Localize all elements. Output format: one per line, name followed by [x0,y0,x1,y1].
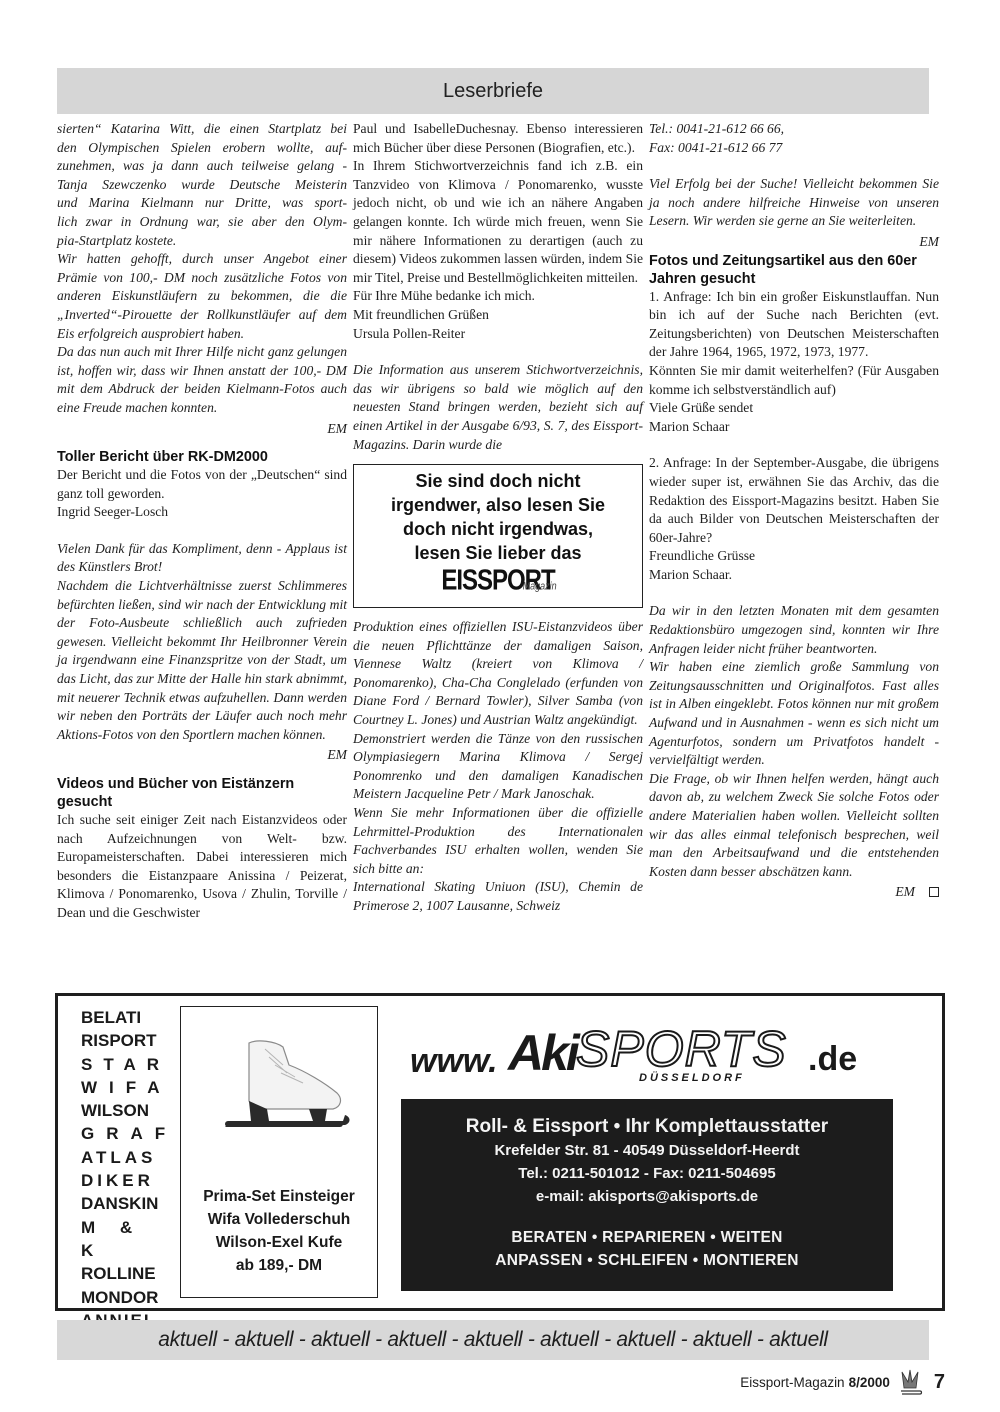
letter-body: In Ihrem Stichwortverzeichnis fand ich z… [353,157,643,287]
letter-body: Der Bericht und die Fotos von der „Deuts… [57,466,347,503]
section-title: Leserbriefe [443,80,543,103]
store-address: Krefelder Str. 81 - 40549 Düsseldorf-Hee… [401,1139,893,1162]
brand-item: WILSON [81,1099,161,1122]
letter-heading: Fotos und Zeitungsartikel aus den 60er J… [649,252,939,288]
letter-body: Könnten Sie mir damit weiterhelfen? (Für… [649,362,939,399]
eissport-logo: EISSPORTMagazin [441,567,554,596]
eissport-promo-box: Sie sind doch nicht irgendwer, also lese… [353,464,643,608]
text-line: lich zwar in Ordnung war, sie aber den O… [57,213,347,232]
ice-skate-icon [205,1035,355,1145]
letter-body: Ich suche seit einiger Zeit nach Eistanz… [57,811,347,923]
letter-heading: Toller Bericht über RK-DM2000 [57,448,347,466]
promo-line: irgendwer, also lesen Sie [354,493,642,517]
logo-sports: SPORTS [576,1020,787,1078]
offer-line: Prima-Set Einsteiger [181,1185,377,1208]
brand-item: BELATI [81,1006,161,1029]
text-line: und Marina Kielmann nur Dritte, was spor… [57,194,347,213]
page-number: 7 [934,1371,945,1394]
brand-item: WIFA [81,1076,161,1099]
letter-body: Paul und IsabelleDuchesnay. Ebenso inter… [353,120,643,157]
letter-author: Marion Schaar [649,418,939,437]
editor-reply-paragraph: Produktion eines offiziellen ISU-Eistanz… [353,618,643,730]
editor-reply-paragraph: Wir hatten gehofft, durch unser Angebot … [57,250,347,343]
logo-aki: Aki [508,1024,577,1082]
letter-body: 2. Anfrage: In der September-Ausgabe, di… [649,454,939,547]
column-1: sierten“ Katarina Witt, die einen Startp… [57,120,347,923]
editor-reply-paragraph: Vielen Dank für das Kompliment, denn - A… [57,540,347,577]
letter-closing: Mit freundlichen Grüßen [353,306,643,325]
promo-line: Sie sind doch nicht [354,469,642,493]
brand-item: GRAF [81,1122,161,1145]
skate-offer-text: Prima-Set Einsteiger Wifa Vollederschuh … [181,1185,377,1277]
editor-signature: EM [57,746,347,765]
editor-reply-paragraph: Demonstriert werden die Tänze von den ru… [353,730,643,804]
store-email[interactable]: e-mail: akisports@akisports.de [401,1185,893,1208]
aktuell-banner-text: aktuell - aktuell - aktuell - aktuell - … [158,1328,828,1352]
editor-reply-paragraph: Wenn Sie mehr Informationen über die off… [353,804,643,878]
letter-closing: Freundliche Grüsse [649,547,939,566]
promo-line: doch nicht irgendwas, [354,517,642,541]
isu-fax: Fax: 0041-21-612 66 77 [649,139,939,158]
text-line: zunehmen, was ja dann auch teilweise gel… [57,157,347,176]
letter-closing: Viele Grüße sendet [649,399,939,418]
end-of-article-box-icon [929,887,939,897]
text-line: den Olympischen Spielen erobern wollte, … [57,139,347,158]
editor-signature: EM [895,884,915,899]
editor-signature: EM [57,420,347,439]
akisports-logo[interactable]: www. Aki SPORTS DÜSSELDORF .de [396,1012,896,1088]
letter-body: 1. Anfrage: Ich bin ein großer Eiskunstl… [649,288,939,362]
offer-price: ab 189,- DM [181,1254,377,1277]
skate-offer-box: Prima-Set Einsteiger Wifa Vollederschuh … [180,1006,378,1298]
text-line: sierten“ Katarina Witt, die einen Startp… [57,120,347,139]
store-tagline: Roll- & Eissport • Ihr Komplettausstatte… [401,1115,893,1139]
store-services: BERATEN • REPARIEREN • WEITEN [401,1226,893,1249]
aktuell-banner: aktuell - aktuell - aktuell - aktuell - … [57,1320,929,1360]
letter-author: Ingrid Seeger-Losch [57,503,347,522]
editor-reply-paragraph: Viel Erfolg bei der Suche! Vielleicht be… [649,175,939,231]
brand-item: MONDOR [81,1286,161,1309]
letter-author: Marion Schaar. [649,566,939,585]
store-services: ANPASSEN • SCHLEIFEN • MONTIEREN [401,1249,893,1272]
promo-line: lesen Sie lieber das [354,541,642,565]
column-2: Paul und IsabelleDuchesnay. Ebenso inter… [353,120,643,916]
brand-item: ROLLINE [81,1262,161,1285]
letter-author: Ursula Pollen-Reiter [353,325,643,344]
store-phone: Tel.: 0211-501012 - Fax: 0211-504695 [401,1162,893,1185]
editor-signature: EM [649,233,939,252]
editor-reply-paragraph: Da wir in den letzten Monaten mit dem ge… [649,602,939,658]
issue-number: 8/2000 [849,1375,890,1390]
skating-bird-logo-icon [898,1368,924,1396]
offer-line: Wilson-Exel Kufe [181,1231,377,1254]
intro-paragraph: sierten“ Katarina Witt, die einen Startp… [57,120,347,250]
column-3: Tel.: 0041-21-612 66 66, Fax: 0041-21-61… [649,120,939,902]
isu-address: International Skating Uniuon (ISU), Chem… [353,878,643,915]
editor-reply-paragraph: Nachdem die Lichtverhältnisse zuerst Sch… [57,577,347,744]
logo-city: DÜSSELDORF [639,1072,745,1084]
isu-phone: Tel.: 0041-21-612 66 66, [649,120,939,139]
brand-item: M & K [81,1216,161,1263]
logo-www: www. [410,1042,498,1081]
editor-reply-paragraph: Die Information aus unserem Stichwortver… [353,361,643,454]
editor-reply-paragraph: Da das nun auch mit Ihrer Hilfe nicht ga… [57,343,347,417]
brand-item: RISPORT [81,1029,161,1052]
brand-item: DIKER [81,1169,161,1192]
brand-item: DANSKIN [81,1192,161,1215]
editor-reply-paragraph: Die Frage, ob wir Ihnen helfen werden, h… [649,770,939,882]
brand-item: STAR [81,1053,161,1076]
section-header-bar: Leserbriefe [57,68,929,114]
brand-item: ATLAS [81,1146,161,1169]
offer-line: Wifa Vollederschuh [181,1208,377,1231]
text-line: Tanja Szewczenko wurde Deutsche Meisteri… [57,176,347,195]
page-footer: Eissport-Magazin 8/2000 7 [740,1368,945,1396]
magazine-name: Eissport-Magazin [740,1375,844,1390]
letter-thanks: Für Ihre Mühe bedanke ich mich. [353,287,643,306]
letter-heading: Videos und Bücher von Eistänzern gesucht [57,775,347,811]
eissport-logo-sub: Magazin [523,571,557,600]
editor-reply-paragraph: Wir haben eine ziemlich große Sammlung v… [649,658,939,770]
logo-tld: .de [808,1040,857,1079]
brand-list: BELATI RISPORT STAR WIFA WILSON GRAF ATL… [81,1006,161,1332]
akisports-advertisement: BELATI RISPORT STAR WIFA WILSON GRAF ATL… [55,993,945,1311]
store-info-box: Roll- & Eissport • Ihr Komplettausstatte… [401,1099,893,1291]
editor-signature-end: EM [649,883,939,902]
text-line: pia-Startplatz kostete. [57,232,347,251]
